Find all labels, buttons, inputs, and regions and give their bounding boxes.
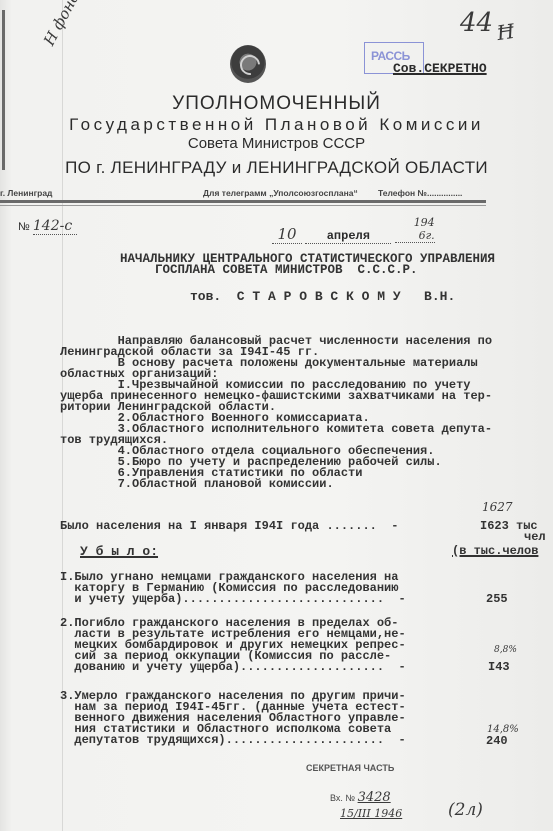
unit-header: (в тыс.челов xyxy=(452,546,538,557)
document-date: 10 апреля 194 6г. xyxy=(272,216,435,244)
incoming-date: 15/III 1946 xyxy=(340,807,402,820)
loss-item-line: и учету ущерба).........................… xyxy=(60,594,406,605)
letterhead-phone: Телефон №............... xyxy=(378,188,462,198)
letterhead-city: г. Ленинград xyxy=(0,188,52,198)
document-page: Н фонд 129 44 Ħ РАССЬ Сов.СЕКРЕТНО УПОЛН… xyxy=(0,0,553,831)
loss-item-2-note: 8,8% xyxy=(494,645,517,655)
incoming-label: Вх. № xyxy=(330,793,355,803)
population-label: Было населения на I января I94I года ...… xyxy=(60,521,398,532)
date-year: 194 6г. xyxy=(395,216,435,243)
number-value: 142-с xyxy=(33,218,77,235)
letterhead-title: УПОЛНОМОЧЕННЫЙ xyxy=(0,93,553,115)
population-unit: чел xyxy=(524,532,546,543)
loss-item-2: 2.Погибло гражданского населения в преде… xyxy=(60,618,406,673)
letterhead-commission: Государственной Плановой Комиссии xyxy=(0,115,553,135)
handwritten-page-number: 44 xyxy=(460,8,493,38)
loss-item-3: 3.Умерло гражданского населения по други… xyxy=(60,691,406,746)
letterhead-telegram: Для телеграмм „Уполсоюзгосплана“ xyxy=(203,188,358,198)
intro-line: 7.Областной плановой комиссии. xyxy=(60,479,492,490)
document-number: № 142-с xyxy=(18,218,77,235)
addressee-line-2: ГОСПЛАНА СОВЕТА МИНИСТРОВ С.С.С.Р. xyxy=(155,265,418,276)
letterhead-rule-thin xyxy=(0,205,486,206)
intro-paragraphs: Направляю балансовый расчет численности … xyxy=(60,336,492,490)
date-month: апреля xyxy=(305,229,391,244)
number-prefix: № xyxy=(18,221,30,233)
classification-mark: Сов.СЕКРЕТНО xyxy=(393,61,487,76)
loss-item-2-value: I43 xyxy=(488,662,510,673)
ussr-emblem-icon xyxy=(230,45,266,83)
loss-item-line: дованию и учету ущерба).................… xyxy=(60,662,406,673)
year-suffix: 6г. xyxy=(419,229,435,242)
year-prefix: 194 xyxy=(414,216,435,229)
handwritten-archive-note: Н фонд 129 xyxy=(40,0,99,48)
loss-item-line: депутатов трудящихся)...................… xyxy=(60,735,406,746)
letterhead-council: Совета Министров СССР xyxy=(0,135,553,152)
secret-section-stamp: СЕКРЕТНАЯ ЧАСТЬ xyxy=(306,763,394,773)
loss-item-1-value: 255 xyxy=(486,594,508,605)
incoming-number-value: 3428 xyxy=(358,790,391,805)
handwritten-population-correction: 1627 xyxy=(482,500,513,514)
letterhead-rule xyxy=(0,200,486,203)
letterhead-region: ПО г. ЛЕНИНГРАДУ и ЛЕНИНГРАДСКОЙ ОБЛАСТИ xyxy=(0,158,553,178)
handwritten-scribble: Ħ xyxy=(495,19,516,45)
addressee-line-3: тов. С Т А Р О В С К О М У В.Н. xyxy=(190,291,455,302)
date-day: 10 xyxy=(272,225,302,244)
loss-item-1: I.Было угнано немцами гражданского насел… xyxy=(60,572,406,605)
section-title-losses: У б ы л о: xyxy=(80,546,158,557)
incoming-number: Вх. № 3428 xyxy=(330,790,391,805)
incoming-pages: (2л) xyxy=(448,800,483,820)
loss-item-3-value: 240 xyxy=(486,736,508,747)
